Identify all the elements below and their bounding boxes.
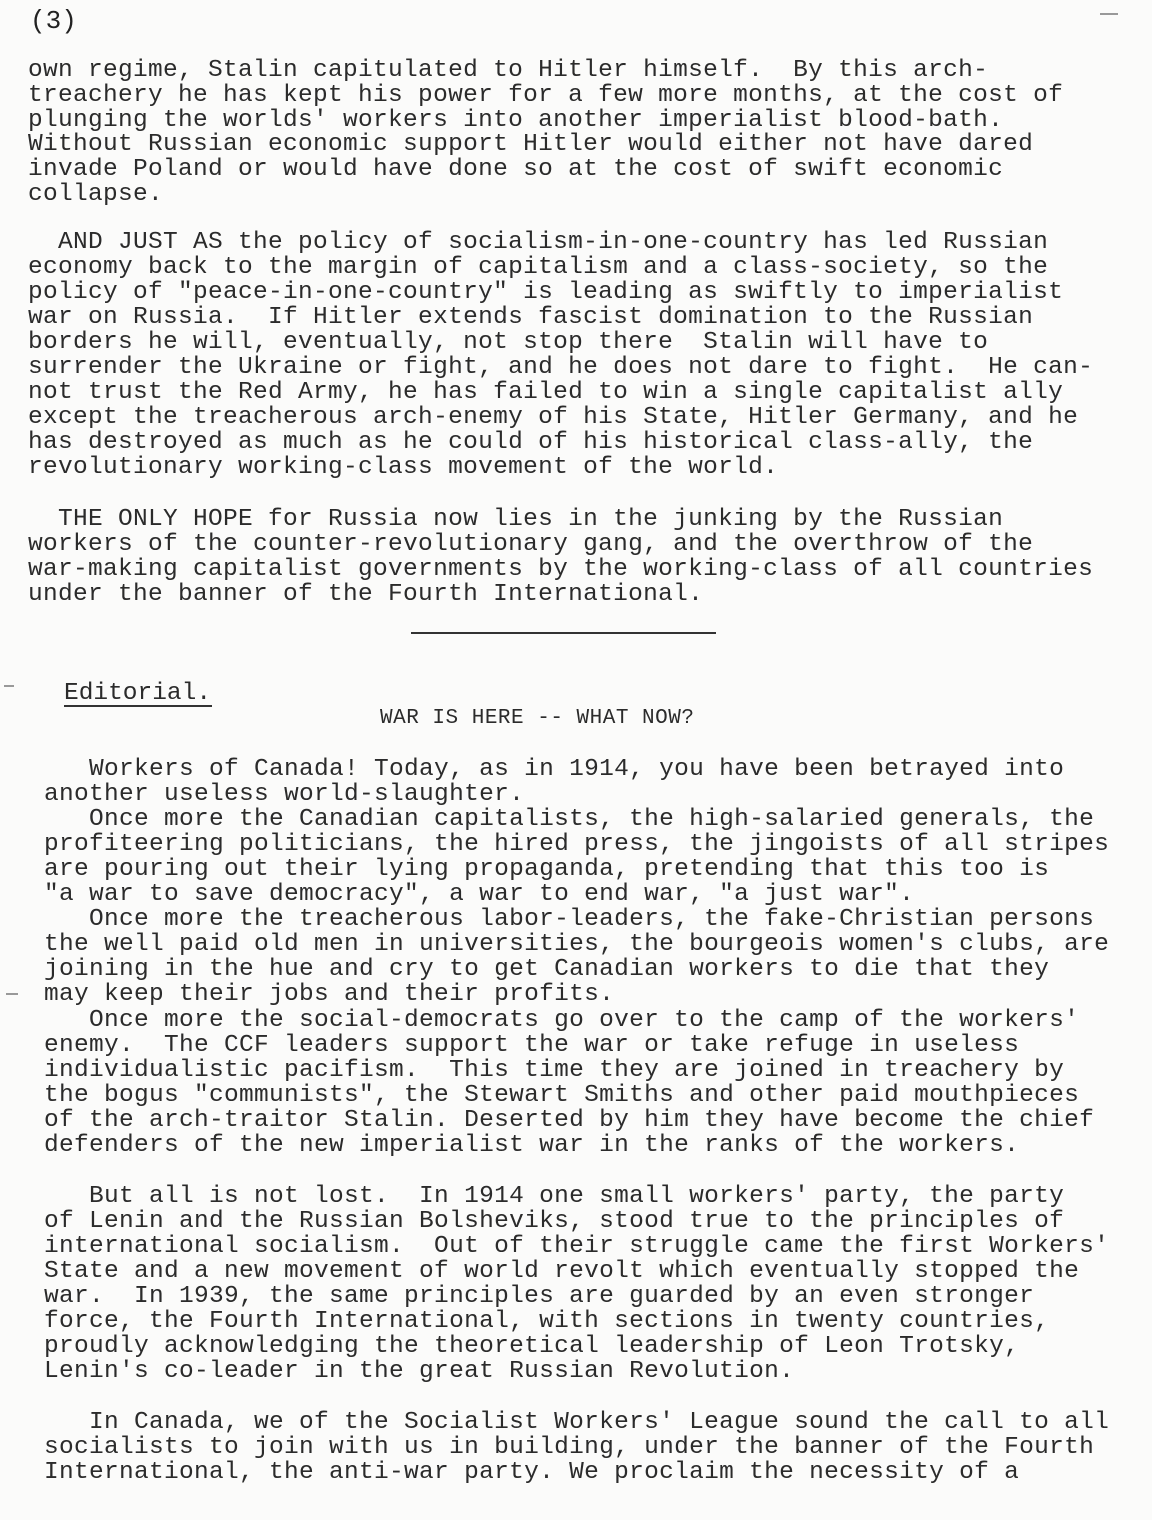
text-line: Workers of Canada! Today, as in 1914, yo…	[44, 757, 1064, 782]
text-line: "a war to save democracy", a war to end …	[44, 882, 914, 907]
text-line: may keep their jobs and their profits.	[44, 982, 614, 1007]
text-line: borders he will, eventually, not stop th…	[28, 330, 988, 355]
text-line: collapse.	[28, 182, 163, 207]
section-divider	[411, 632, 716, 634]
text-line: defenders of the new imperialist war in …	[44, 1133, 1019, 1158]
editorial-underline	[64, 705, 212, 707]
margin-mark	[6, 993, 18, 995]
document-page: (3) own regime, Stalin capitulated to Hi…	[0, 0, 1152, 1520]
text-line: surrender the Ukraine or fight, and he d…	[28, 355, 1093, 380]
text-line: war on Russia. If Hitler extends fascist…	[28, 305, 1033, 330]
text-line: joining in the hue and cry to get Canadi…	[44, 957, 1049, 982]
text-line: war-making capitalist governments by the…	[28, 557, 1093, 582]
text-line: AND JUST AS the policy of socialism-in-o…	[28, 230, 1048, 255]
page-number: (3)	[30, 6, 77, 36]
text-line: under the banner of the Fourth Internati…	[28, 582, 703, 607]
text-line: of Lenin and the Russian Bolsheviks, sto…	[44, 1209, 1064, 1234]
text-line: Once more the Canadian capitalists, the …	[44, 807, 1094, 832]
text-line: treachery he has kept his power for a fe…	[28, 83, 1063, 108]
text-line: force, the Fourth International, with se…	[44, 1309, 1049, 1334]
text-line: own regime, Stalin capitulated to Hitler…	[28, 58, 988, 83]
text-line: policy of "peace-in-one-country" is lead…	[28, 280, 1063, 305]
text-line: are pouring out their lying propaganda, …	[44, 857, 1049, 882]
margin-mark	[4, 685, 14, 687]
text-line: the bogus "communists", the Stewart Smit…	[44, 1083, 1079, 1108]
text-line: revolutionary working-class movement of …	[28, 455, 778, 480]
text-line: the well paid old men in universities, t…	[44, 932, 1109, 957]
text-line: of the arch-traitor Stalin. Deserted by …	[44, 1108, 1094, 1133]
text-line: workers of the counter-revolutionary gan…	[28, 532, 1033, 557]
text-line: another useless world-slaughter.	[44, 782, 524, 807]
text-line: THE ONLY HOPE for Russia now lies in the…	[28, 507, 1003, 532]
text-line: Once more the treacherous labor-leaders,…	[44, 907, 1094, 932]
text-line: invade Poland or would have done so at t…	[28, 157, 1003, 182]
text-line: international socialism. Out of their st…	[44, 1234, 1109, 1259]
editorial-label: Editorial.	[64, 681, 211, 706]
text-line: war. In 1939, the same principles are gu…	[44, 1284, 1034, 1309]
text-line: proudly acknowledging the theoretical le…	[44, 1334, 1019, 1359]
text-line: International, the anti-war party. We pr…	[44, 1460, 1019, 1485]
text-line: except the treacherous arch-enemy of his…	[28, 405, 1078, 430]
text-line: Once more the social-democrats go over t…	[44, 1008, 1079, 1033]
text-line: not trust the Red Army, he has failed to…	[28, 380, 1063, 405]
text-line: plunging the worlds' workers into anothe…	[28, 108, 1003, 133]
editorial-title: WAR IS HERE -- WHAT NOW?	[380, 706, 694, 731]
text-line: In Canada, we of the Socialist Workers' …	[44, 1410, 1109, 1435]
text-line: profiteering politicians, the hired pres…	[44, 832, 1109, 857]
text-line: socialists to join with us in building, …	[44, 1435, 1094, 1460]
text-line: economy back to the margin of capitalism…	[28, 255, 1048, 280]
text-line: Without Russian economic support Hitler …	[28, 132, 1033, 157]
text-line: has destroyed as much as he could of his…	[28, 430, 1033, 455]
text-line: But all is not lost. In 1914 one small w…	[44, 1184, 1064, 1209]
text-line: State and a new movement of world revolt…	[44, 1259, 1079, 1284]
text-line: Lenin's co-leader in the great Russian R…	[44, 1359, 794, 1384]
text-line: enemy. The CCF leaders support the war o…	[44, 1033, 1019, 1058]
margin-mark	[1100, 13, 1118, 15]
text-line: individualistic pacifism. This time they…	[44, 1058, 1064, 1083]
